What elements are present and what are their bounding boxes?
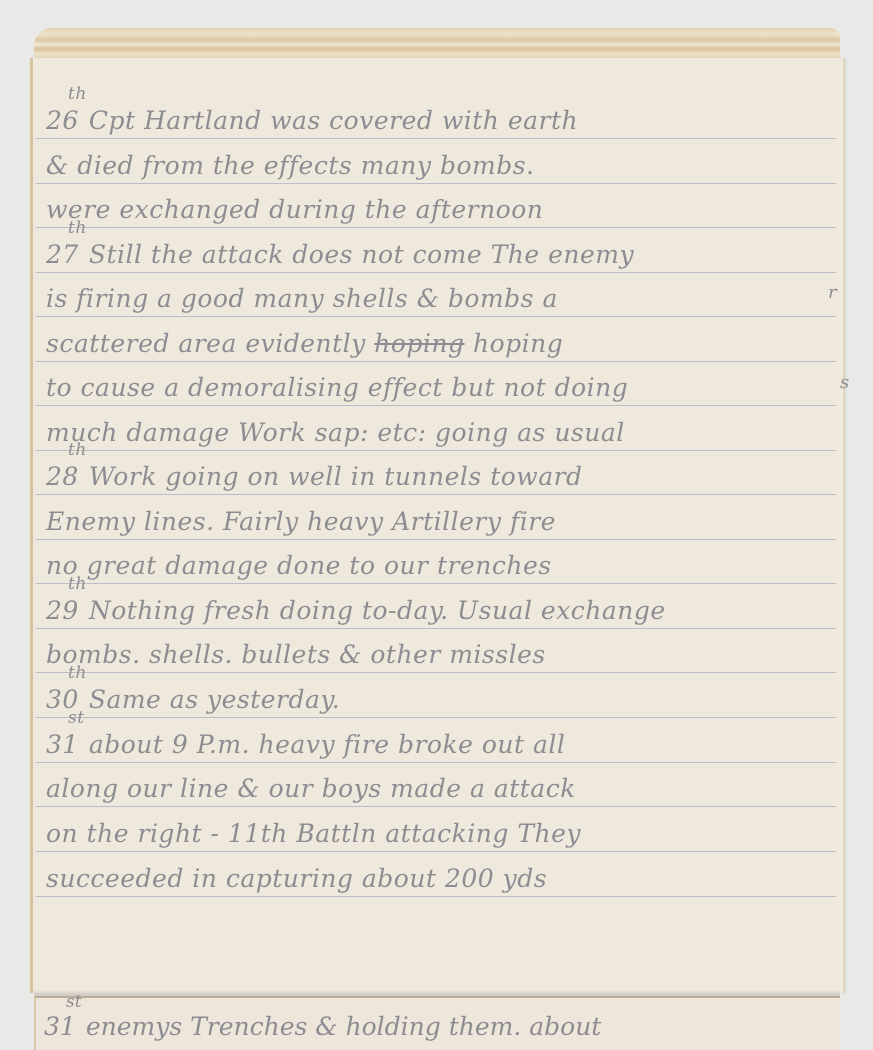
ruled-line bbox=[36, 272, 836, 273]
entry-date: 29th bbox=[46, 596, 79, 625]
diary-line: no great damage done to our trenches bbox=[46, 551, 846, 580]
diary-line: is firing a good many shells & bombs a bbox=[46, 284, 846, 313]
diary-line: along our line & our boys made a attack bbox=[46, 774, 846, 803]
diary-line: succeeded in capturing about 200 yds bbox=[46, 864, 846, 893]
diary-line: 30thSame as yesterday. bbox=[46, 685, 846, 714]
ruled-line bbox=[36, 539, 836, 540]
diary-line: were exchanged during the afternoon bbox=[46, 195, 846, 224]
page-stack-edge bbox=[34, 28, 840, 58]
ruled-line bbox=[36, 806, 836, 807]
ruled-line bbox=[36, 896, 836, 897]
ruled-line bbox=[36, 227, 836, 228]
ruled-line bbox=[36, 405, 836, 406]
ruled-line bbox=[36, 628, 836, 629]
next-page-line: 31stenemys Trenches & holding them. abou… bbox=[44, 1012, 601, 1041]
ruled-line bbox=[36, 450, 836, 451]
diary-line: bombs. shells. bullets & other missles bbox=[46, 640, 846, 669]
diary-line: 29thNothing fresh doing to-day. Usual ex… bbox=[46, 596, 846, 625]
entry-date: 28th bbox=[46, 462, 79, 491]
ruled-line bbox=[36, 316, 836, 317]
entry-date: 31st bbox=[44, 1012, 76, 1041]
ruled-line bbox=[36, 138, 836, 139]
ruled-line bbox=[36, 672, 836, 673]
ruled-line bbox=[36, 851, 836, 852]
ruled-line bbox=[36, 361, 836, 362]
diary-line: Enemy lines. Fairly heavy Artillery fire bbox=[46, 507, 846, 536]
diary-line: 31stabout 9 P.m. heavy fire broke out al… bbox=[46, 730, 846, 759]
diary-line: 26thCpt Hartland was covered with earth bbox=[46, 106, 846, 135]
diary-line: 27thStill the attack does not come The e… bbox=[46, 240, 846, 269]
entry-date: 26th bbox=[46, 106, 79, 135]
ruled-line bbox=[36, 183, 836, 184]
diary-line: 28thWork going on well in tunnels toward bbox=[46, 462, 846, 491]
entry-date: 27th bbox=[46, 240, 79, 269]
diary-line: scattered area evidently hoping hoping bbox=[46, 329, 846, 358]
ruled-line bbox=[36, 762, 836, 763]
margin-mark: s bbox=[840, 372, 849, 393]
diary-line: on the right - 11th Battln attacking The… bbox=[46, 819, 846, 848]
diary-line: to cause a demoralising effect but not d… bbox=[46, 373, 846, 402]
ruled-line bbox=[36, 494, 836, 495]
ruled-line bbox=[36, 583, 836, 584]
entry-date: 31st bbox=[46, 730, 79, 759]
struck-word: hoping bbox=[374, 329, 464, 358]
diary-line: & died from the effects many bombs. bbox=[46, 151, 846, 180]
diary-line: much damage Work sap: etc: going as usua… bbox=[46, 418, 846, 447]
ruled-line bbox=[36, 717, 836, 718]
margin-mark: r bbox=[828, 282, 837, 303]
